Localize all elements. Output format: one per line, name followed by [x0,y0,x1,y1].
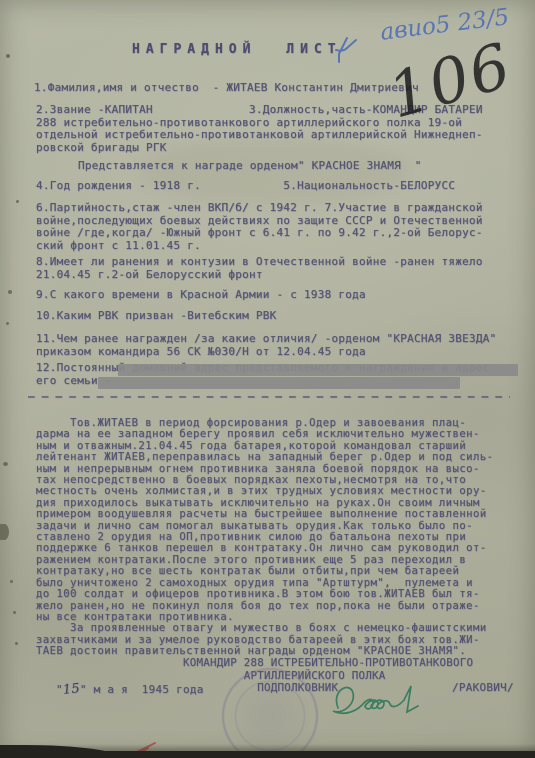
paper-speck [15,642,18,645]
date-line: "15" м а я 1945 года [56,684,204,697]
document-title: НАГРАДНОЙ ЛИСТ [132,44,342,57]
paper-speck [16,200,19,203]
check-mark-annotation-icon [333,36,359,66]
paper-speck [13,611,16,614]
paper-speck [10,580,13,583]
field-wounds: 8.Имеет ли ранения и контузии в Отечеств… [36,256,483,281]
date-text: м а я 1945 года [87,683,204,696]
paper-speck [6,54,10,58]
redaction-box [98,377,460,389]
paper-speck [6,322,9,325]
handwritten-day: 15 [62,683,80,697]
paper-speck [3,462,8,466]
field-army-since: 9.С какого времени в Красной Армии - с 1… [36,289,366,302]
signee-name: /РАКОВИЧ/ [452,682,514,695]
field-name: 1.Фамилия,имя и отчество - ЖИТАЕВ Конста… [34,82,419,95]
scan-edge [0,751,535,758]
citation-text: Тов.ЖИТАЕВ в период форсирования р.Одер … [36,418,518,658]
date-quote-close: " [80,683,87,696]
redaction-box [118,364,518,376]
round-stamp-inner-ring [235,681,305,751]
signature [322,676,448,728]
paper-speck [8,290,12,294]
field-party-service: 6.Партийность,стаж -член ВКП/б/ с 1942 г… [36,202,483,252]
award-sheet-document: НАГРАДНОЙ ЛИСТ 1.Фамилия,имя и отчество … [0,0,535,758]
field-previous-awards: 11.Чем ранее награжден /за какие отличия… [36,333,496,358]
field-birthyear-nationality: 4.Год рождения - 1918 г. 5.Национальност… [36,180,455,193]
dashed-separator: — — — — — — — — — — — — — — — — — — — — … [28,391,510,404]
paper-tear [0,524,9,540]
handwritten-page-number: 106 [380,28,520,132]
field-drafted-by: 10.Каким РВК призван -Витебским РВК [36,310,277,323]
nomination-line: Представляется к награде орденом" КРАСНО… [78,160,422,173]
